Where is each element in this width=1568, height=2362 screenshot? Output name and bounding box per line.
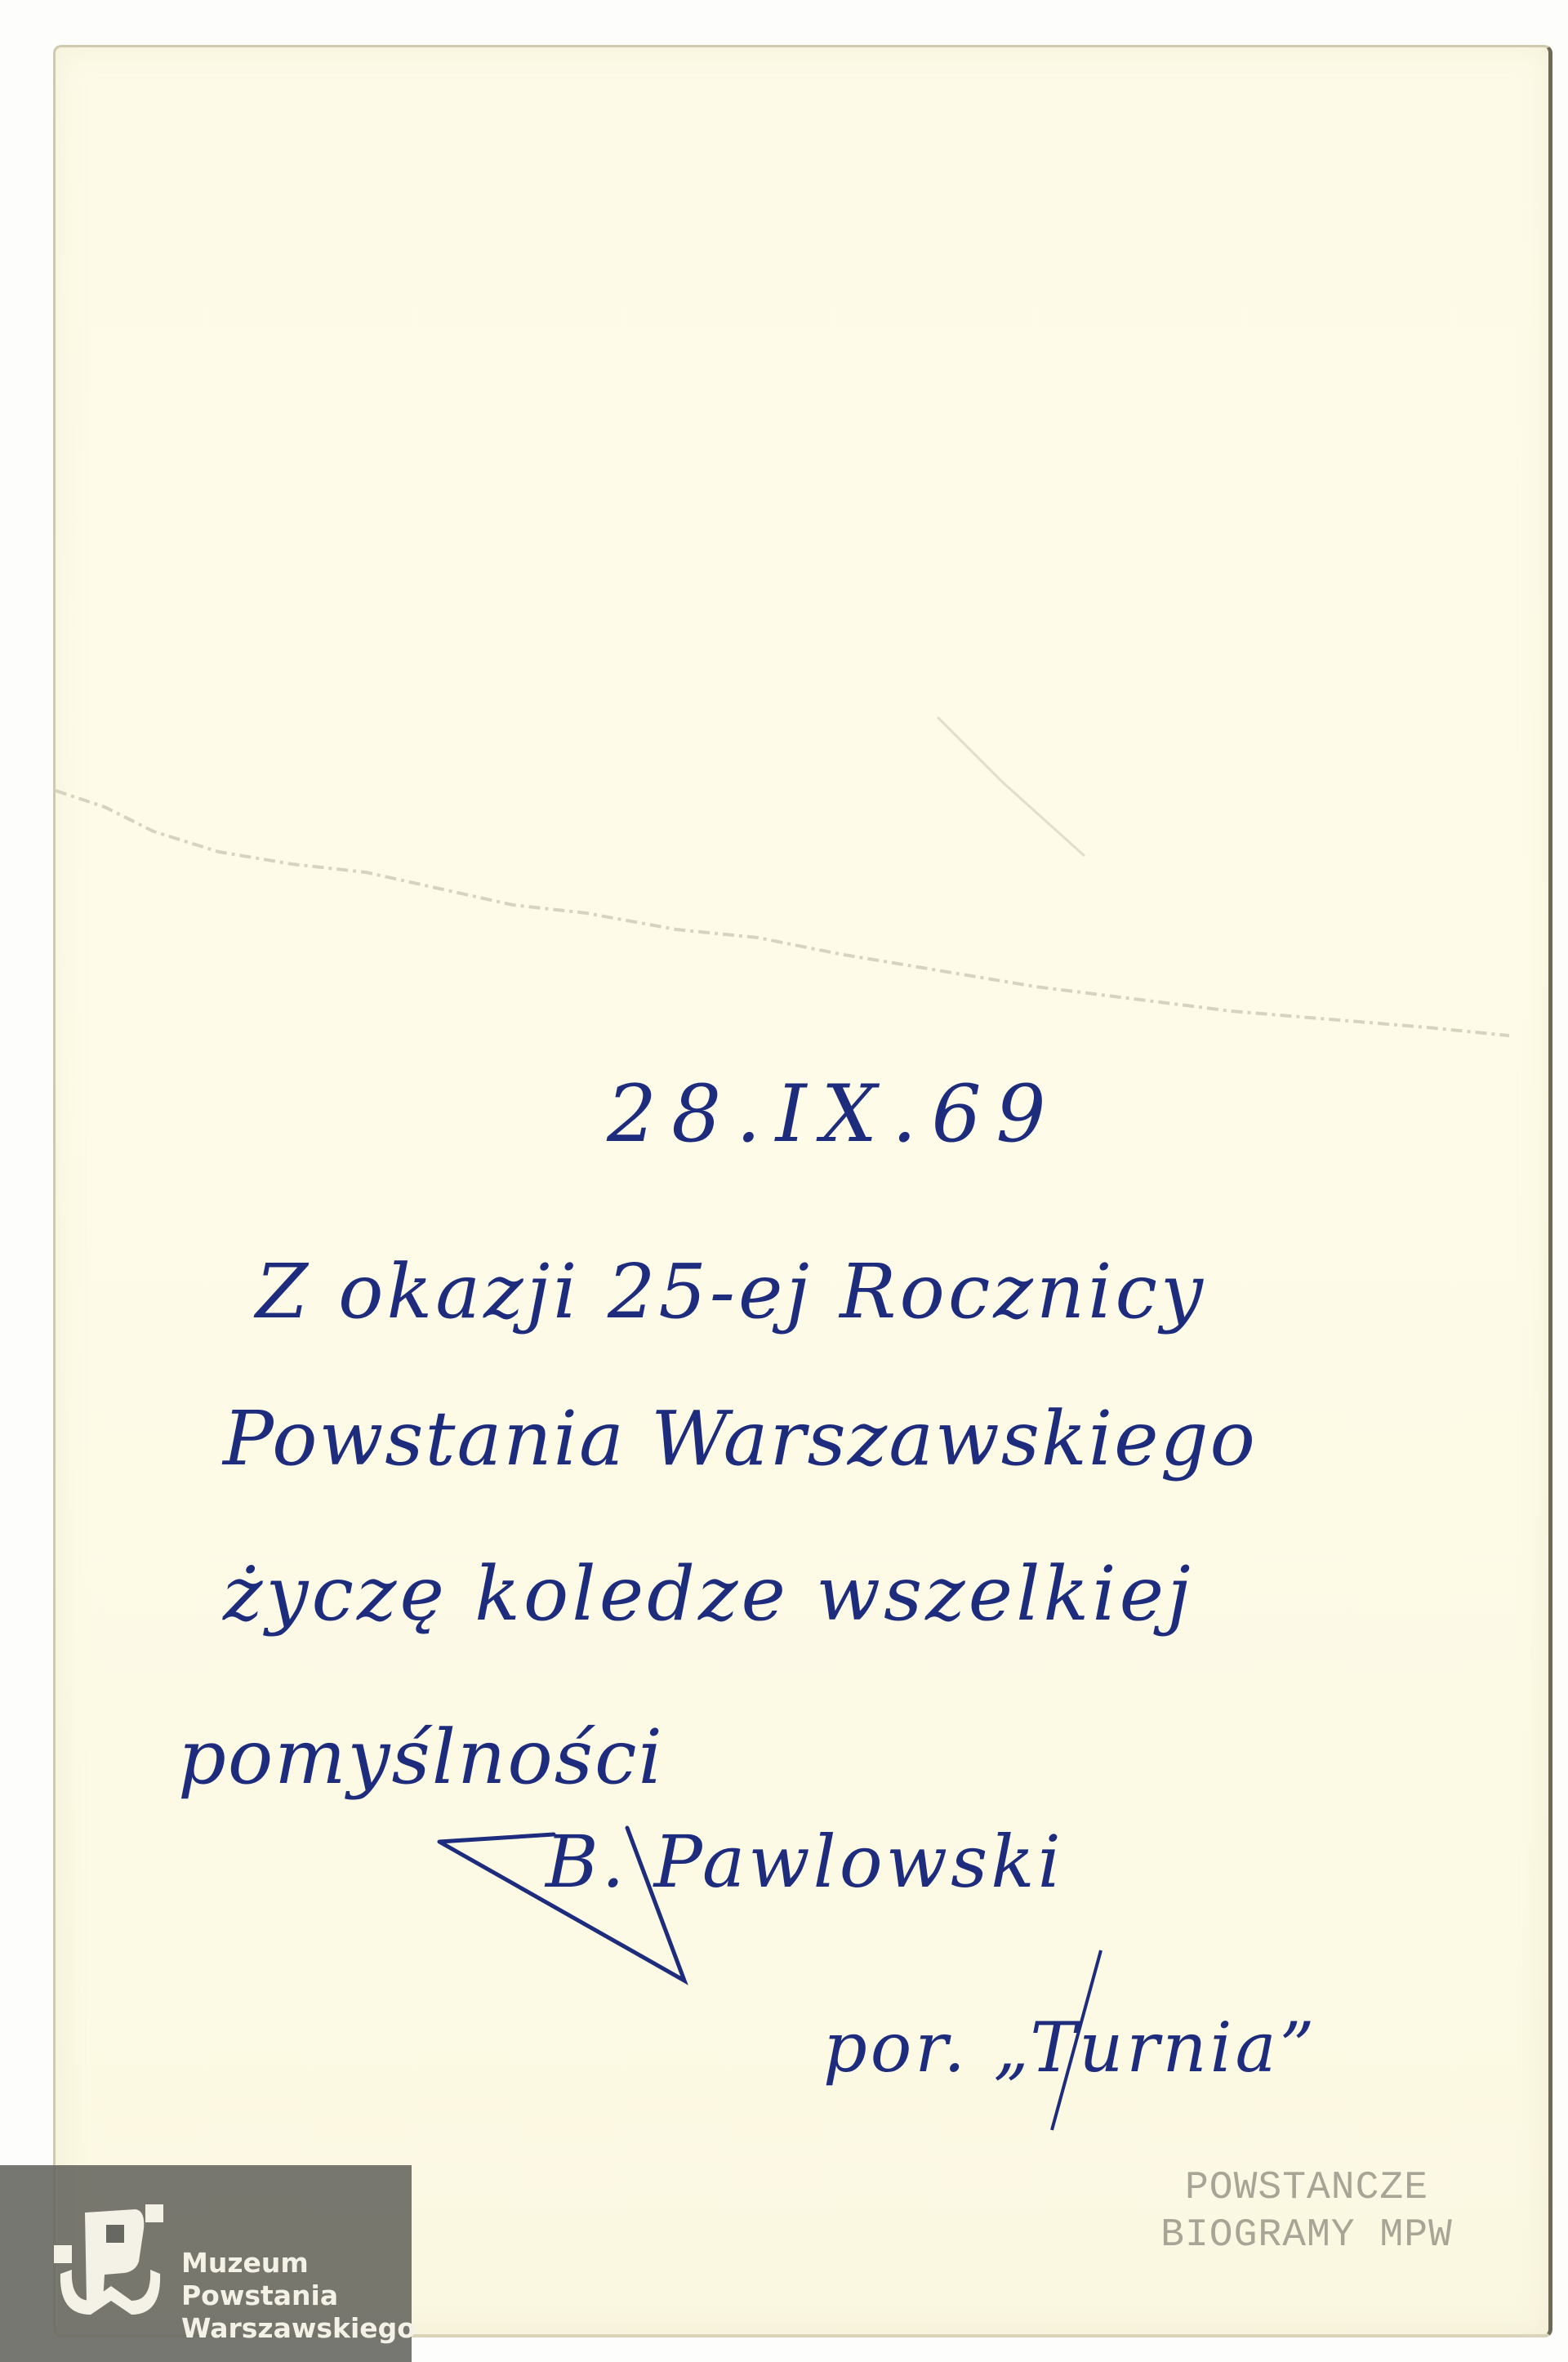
museum-name-line-3: Warszawskiego xyxy=(181,2312,416,2345)
watermark-powstancze-biogramy: POWSTANCZE BIOGRAMY MPW xyxy=(1102,2164,1511,2259)
museum-logo: Muzeum Powstania Warszawskiego xyxy=(0,2165,412,2362)
museum-name: Muzeum Powstania Warszawskiego xyxy=(181,2247,416,2345)
postcard: 28.IX.69 Z okazji 25-ej Rocznicy Powstan… xyxy=(53,45,1552,2337)
museum-name-line-1: Muzeum xyxy=(181,2247,416,2280)
signature: B. Pawlowski xyxy=(546,1820,1064,1904)
kotwica-anchor-icon xyxy=(54,2204,168,2319)
watermark-line-1: POWSTANCZE xyxy=(1102,2164,1511,2212)
museum-name-line-2: Powstania xyxy=(181,2280,416,2312)
watermark-line-2: BIOGRAMY MPW xyxy=(1102,2212,1511,2259)
rank-pseudonym: por. „Turnia” xyxy=(823,2008,1317,2088)
signature-flourish xyxy=(56,47,1548,2334)
